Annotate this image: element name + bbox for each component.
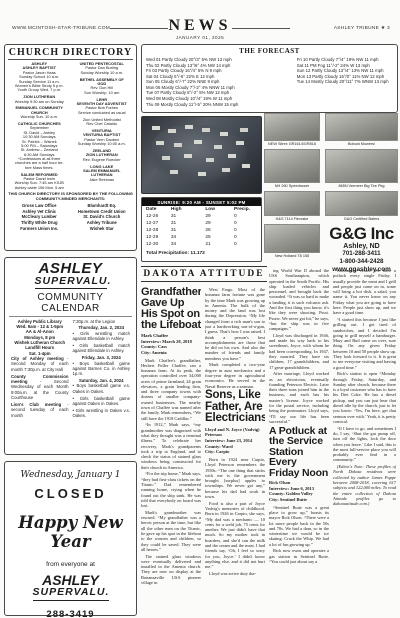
article-paragraph: Mark Chaffee's grandfather, Herbert Full… xyxy=(141,358,201,421)
calendar-item-detail: • Girls wrestling match against Ellendal… xyxy=(73,331,131,341)
article-paragraph: Rick now owns and operates a gas station… xyxy=(269,548,329,564)
weather-forecast: THE FORECAST Wed 01 Partly Cloudy 20°/3°… xyxy=(141,44,398,113)
table-row: 12-29 34 25 0 xyxy=(142,235,261,242)
cell-precip: 0 xyxy=(234,235,257,242)
article-3-headline: A Potluck at the Service Station Every F… xyxy=(269,426,329,479)
equipment-ad: Bobcat Mowers! xyxy=(325,113,398,147)
cell-low: 26 xyxy=(205,228,234,235)
photo-caption: NH 260 Speedrower xyxy=(264,184,320,189)
article-3-city: City: Sentinel Butte xyxy=(269,497,329,503)
article-paragraph: “For the trip home,” Mark says, “they ha… xyxy=(141,471,201,508)
equipment-photo xyxy=(325,149,398,183)
sponsor-name: Farmers Union Ins. xyxy=(8,226,71,232)
sponsor-note: THIS CHURCH DIRECTORY IS SPONSORED BY TH… xyxy=(8,192,133,202)
article-paragraph: After marriage, Lloyd worked as an elect… xyxy=(269,371,329,424)
article-paragraph: community center. We have a potluck ever… xyxy=(333,268,396,316)
col-header-high: High xyxy=(171,207,205,214)
photo-caption: NEW Sitrex GR1614/GR816 xyxy=(264,142,320,147)
calendar-item: • Girls wrestling match against Ellendal… xyxy=(73,331,131,342)
photo-caption: G&G Certified Balers xyxy=(325,217,398,222)
calendar-item-name: Thursday, Jan. 2, 2024 xyxy=(78,325,124,330)
ad-phone: 288-3419 xyxy=(5,609,136,618)
calendar-item-detail: • Girls basketball match against Ellenda… xyxy=(73,343,131,353)
article-paragraph: ing World War II aboard the USS Southamp… xyxy=(269,268,329,331)
sponsor-columns: Gross Law OfficeAshley Vet ClinicMcClear… xyxy=(8,203,133,232)
church-directory-column-right: UNITED PENTECOSTALPastor Dan BurlingSund… xyxy=(71,62,134,190)
article-column-1: Grandfather Gave Up His Spot on the Life… xyxy=(141,287,201,616)
church-directory-line: Service conducted as usual xyxy=(71,111,134,115)
calendar-item-name: Lion's Club meeting xyxy=(11,402,61,407)
article-2-headline: Sons, Like Father, Are Electricians xyxy=(205,390,265,425)
cell-high: 31 xyxy=(171,214,205,221)
cell-low: 25 xyxy=(205,235,234,242)
cell-low: 21 xyxy=(205,242,234,249)
map-landmass xyxy=(152,125,247,183)
equipment-photo xyxy=(264,113,320,141)
article-column-2: West Fargo. Most of the bonanza farm for… xyxy=(205,287,265,616)
sponsor-column-right: Blumhardt Eq.Hometown Credit UnionSt. Da… xyxy=(71,203,134,232)
article-column-4: community center. We have a potluck ever… xyxy=(333,268,396,616)
photo-caption: Bobcat Mowers! xyxy=(325,142,398,147)
equipment-photo-column-left: NEW Sitrex GR1614/GR816 NH 260 Speedrowe… xyxy=(264,113,320,261)
calendar-item: • Girls basketball match against Ellenda… xyxy=(73,343,131,354)
map-temperature-labels xyxy=(152,126,160,130)
calendar-item: County Commission meeting - Second Wedne… xyxy=(11,374,69,401)
cell-date: 12-27 xyxy=(146,221,171,228)
calendar-item-name: Sat. 1-4pm xyxy=(29,351,51,356)
community-calendar: ASHLEY SUPERVALU. COMMUNITY CALENDAR Ash… xyxy=(4,257,137,455)
calendar-item-name: AA & Al-Anon xyxy=(26,329,54,334)
ad-closed-text: CLOSED xyxy=(5,486,136,501)
article-paragraph: Rick's station is open “Monday through F… xyxy=(333,371,396,424)
article-1-body-continued: West Fargo. Most of the bonanza farm for… xyxy=(205,287,265,389)
cell-date: 12-30 xyxy=(146,242,171,249)
calendar-item-detail: • Boys basketball game v.s. Oakes in Oak… xyxy=(73,383,131,393)
gg-phone-2: 1-800-344-2428 xyxy=(325,258,398,266)
editors-note: (Editor's Note: These profiles of North … xyxy=(333,464,396,506)
gg-inc-ad: G&G Inc Ashley, ND 701-288-3411 1-800-34… xyxy=(325,225,398,273)
church-directory: CHURCH DIRECTORY ASHLEYASHLEY BAPTISTPas… xyxy=(4,44,137,251)
forecast-line: Thu 09 Mostly Cloudy 11°/-5° 20% NNW 15 … xyxy=(146,102,297,108)
calendar-item-detail: • Boys basketball game against Barnes Co… xyxy=(73,361,131,377)
sponsor-column-left: Gross Law OfficeAshley Vet ClinicMcClear… xyxy=(8,203,71,232)
newspaper-page: WWW.MCINTOSH-STAR-TRIBUNE.COM NEWS JANUA… xyxy=(0,0,400,618)
calendar-item-name: City of Ashley meeting xyxy=(11,356,64,361)
gg-phone-1: 701-288-3411 xyxy=(325,250,398,258)
article-2-body: Born in 1924 near Carpio, Lloyd Peterson… xyxy=(205,457,265,576)
table-row: 12-28 31 26 0 xyxy=(142,228,261,235)
us-temperature-map xyxy=(141,116,262,194)
article-paragraph: Mark completed a two-year degree in auto… xyxy=(205,362,265,388)
calendar-column-left: Ashley Public LibraryWed. 9am - 12 & 1-5… xyxy=(9,319,71,421)
page-number: ASHLEY TRIBUNE ★ 3 xyxy=(334,26,390,31)
article-2-city: City: Carpio xyxy=(205,449,265,455)
church-directory-column-left: ASHLEYASHLEY BAPTISTPastor Jason HaasSun… xyxy=(8,62,71,190)
article-paragraph: Food is also a part of Joyce Vadvig's me… xyxy=(205,501,265,570)
article-paragraph: Mark's grandmother was rescued. “My gran… xyxy=(141,510,201,552)
calendar-item: • Boys basketball game against Barnes Co… xyxy=(73,361,131,377)
article-paragraph: “If I have to go, and sometimes I do, I … xyxy=(333,426,396,463)
church-directory-columns: ASHLEYASHLEY BAPTISTPastor Jason HaasSun… xyxy=(8,62,133,190)
article-paragraph: West Fargo. Most of the bonanza farm for… xyxy=(205,287,265,361)
article-2-body-continued: ing World War II aboard the USS Southamp… xyxy=(269,268,329,424)
forecast-line: Sun 12 Partly Cloudy 13°/4° 13% NW 11 mp… xyxy=(297,68,393,74)
supervalu-logo-supervalu: SUPERVALU. xyxy=(35,276,107,289)
equipment-photo xyxy=(264,149,320,183)
total-precipitation: Total Precipitation: 11.172 xyxy=(142,249,261,256)
supervalu-logo-supervalu: SUPERVALU. xyxy=(33,587,109,601)
equipment-ad: NH 260 Speedrower xyxy=(264,149,320,189)
col-header-low: Low xyxy=(205,207,234,214)
calendar-item: City of Ashley meeting - Second Monday o… xyxy=(11,356,69,372)
calendar-item-detail: 7:30p.m. at the Legion xyxy=(73,319,116,324)
cell-precip: 0 xyxy=(234,242,257,249)
cell-precip: 0 xyxy=(234,214,257,221)
sponsor-name: Wishek Star xyxy=(71,226,134,232)
table-header-row: Date High Low Precip. xyxy=(142,207,261,214)
cell-date: 12-28 xyxy=(146,228,171,235)
article-paragraph: “Sentinel Butte was a great place to gro… xyxy=(269,505,329,547)
calendar-item: 7:30p.m. at the Legion xyxy=(73,319,131,324)
equipment-ad: H&S 7114 Flexrake xyxy=(264,191,320,222)
forecast-title: THE FORECAST xyxy=(146,47,393,55)
calendar-item: • Girls basketball game against Oakes in… xyxy=(73,396,131,407)
equipment-photo xyxy=(325,191,398,216)
church-directory-line: Ashley cable 106 Mon. 5 am xyxy=(8,186,71,190)
photo-caption: 865N Vermeer Big Tire Pkg xyxy=(325,184,398,189)
cell-date: 12-29 xyxy=(146,235,171,242)
sunrise-sunset-banner: SUNRISE: 9:20 AM - SUNSET 5:02 PM xyxy=(142,198,261,206)
forecast-column-right: Fri 10 Partly Cloudy 7°/4° 19% NW 11 mph… xyxy=(297,57,393,107)
equipment-ad: 865N Vermeer Big Tire Pkg xyxy=(325,149,398,189)
article-paragraph: Born in 1924 near Carpio, Lloyd Peterson… xyxy=(205,457,265,499)
calendar-item: • Girls wrestling in Oakes v.s. Oakes. xyxy=(73,408,131,419)
article-1-body: Mark Chaffee's grandfather, Herbert Full… xyxy=(141,358,201,586)
ad-date: Wednesday, January 1 xyxy=(5,470,136,480)
calendar-item-name: Wed. 9am - 12 & 1-5pm xyxy=(16,324,63,329)
calendar-item-name: Landfill Hours xyxy=(25,345,54,350)
article-2-byline: Lloyd and N. Joyce (Vadvig) Peterson xyxy=(205,427,265,438)
equipment-photo xyxy=(264,224,320,253)
issue-date: JANUARY 01, 2025 xyxy=(0,35,400,40)
photo-caption: H&S 7114 Flexrake xyxy=(264,217,320,222)
article-3-body-continued: community center. We have a potluck ever… xyxy=(333,268,396,463)
article-paragraph: “In 1912,” Mark says, “my grandmother wa… xyxy=(141,422,201,470)
equipment-photo xyxy=(325,113,398,141)
cell-date: 12-26 xyxy=(146,214,171,221)
article-paragraph: The stained glass windows were eventuall… xyxy=(141,554,201,586)
cell-low: 29 xyxy=(205,221,234,228)
calendar-item-name: Saturday, Jan. 4, 2024 xyxy=(79,378,124,383)
cell-high: 34 xyxy=(171,235,205,242)
church-directory-line: Worship 9:30 am on Sunday xyxy=(8,100,71,104)
cell-high: 31 xyxy=(171,221,205,228)
equipment-ad: G&G Certified Balers xyxy=(325,191,398,222)
equipment-photo xyxy=(264,191,320,216)
ad-from-text: from everyone at xyxy=(5,561,136,568)
table-row: 12-26 31 29 0 xyxy=(142,214,261,221)
ad-greeting: Happy New Year xyxy=(5,513,136,551)
forecast-columns: Wed 01 Partly Cloudy 20°/3° 5% NW 13 mph… xyxy=(146,57,393,107)
cell-high: 34 xyxy=(171,242,205,249)
table-row: 12-30 34 21 0 xyxy=(142,242,261,249)
photo-caption: New Holland T8 155 xyxy=(264,254,320,259)
calendar-item: • Boys basketball game v.s. Oakes in Oak… xyxy=(73,383,131,394)
article-column-3: ing World War II aboard the USS Southamp… xyxy=(269,268,329,616)
supervalu-closed-ad: Wednesday, January 1 CLOSED Happy New Ye… xyxy=(4,461,137,616)
article-paragraph: Lloyd was active duty dur- xyxy=(205,571,265,576)
equipment-ad: New Holland T8 155 xyxy=(264,224,320,259)
weather-observation-table: SUNRISE: 9:20 AM - SUNSET 5:02 PM Date H… xyxy=(141,197,262,262)
church-directory-title: CHURCH DIRECTORY xyxy=(8,47,133,60)
header-rule-right xyxy=(232,28,290,29)
supervalu-logo-ashley: ASHLEY xyxy=(5,573,136,587)
article-paragraph: “I started this because I just like gril… xyxy=(333,317,396,370)
calendar-item: Lion's Club meeting - second tuesday of … xyxy=(11,402,69,418)
equipment-ad: NEW Sitrex GR1614/GR816 xyxy=(264,113,320,147)
calendar-item-detail: • Girls basketball game against Oakes in… xyxy=(73,396,131,406)
cell-precip: 0 xyxy=(234,221,257,228)
cell-low: 29 xyxy=(205,214,234,221)
cell-precip: 0 xyxy=(234,228,257,235)
article-3-body: “Sentinel Butte was a great place to gro… xyxy=(269,505,329,565)
calendar-columns: Ashley Public LibraryWed. 9am - 12 & 1-5… xyxy=(9,319,132,421)
forecast-column-left: Wed 01 Partly Cloudy 20°/3° 5% NW 13 mph… xyxy=(146,57,297,107)
calendar-title: COMMUNITY CALENDAR xyxy=(9,292,132,317)
gg-company-name: G&G Inc xyxy=(325,225,398,242)
supervalu-logo-ashley: ASHLEY xyxy=(9,261,132,276)
forecast-line: Tue 14 Mostly Cloudy 20°/11° 7% WNW 13 m… xyxy=(297,79,393,85)
calendar-column-right: 7:30p.m. at the LegionThursday, Jan. 2, … xyxy=(71,319,133,421)
gg-city: Ashley, ND xyxy=(325,243,398,250)
church-directory-line: Sunday Worship 10:00 a.m. xyxy=(71,142,134,146)
equipment-photo-column-right: Bobcat Mowers! 865N Vermeer Big Tire Pkg… xyxy=(325,113,398,224)
calendar-item-name: Friday, Jan. 3, 2024 xyxy=(82,355,121,360)
cell-high: 31 xyxy=(171,228,205,235)
church-directory-line: Jake Reinman xyxy=(71,178,134,182)
article-paragraph: Lloyd was discharged in 1946, and made h… xyxy=(269,333,329,370)
calendar-item-name: Mondays, 8 pm xyxy=(24,335,55,340)
col-header-precip: Precip. xyxy=(234,207,257,214)
article-1-headline: Grandfather Gave Up His Spot on the Life… xyxy=(141,287,201,331)
calendar-item-name: Ashley Public Library xyxy=(18,319,62,324)
col-header-date: Date xyxy=(146,207,171,214)
table-body: 12-26 31 29 0 12-27 31 29 0 12-28 31 26 xyxy=(142,214,261,249)
table-row: 12-27 31 29 0 xyxy=(142,221,261,228)
calendar-item-detail: • Girls wrestling in Oakes v.s. Oakes. xyxy=(73,408,131,418)
article-1-city: City: Amenia xyxy=(141,350,201,356)
dakota-attitude-banner: DAKOTA ATTITUDE xyxy=(141,266,267,282)
editors-note-text: (Editor's Note: These profiles of North … xyxy=(333,464,396,506)
calendar-item-name: Wishek Lutheran Church xyxy=(14,340,65,345)
